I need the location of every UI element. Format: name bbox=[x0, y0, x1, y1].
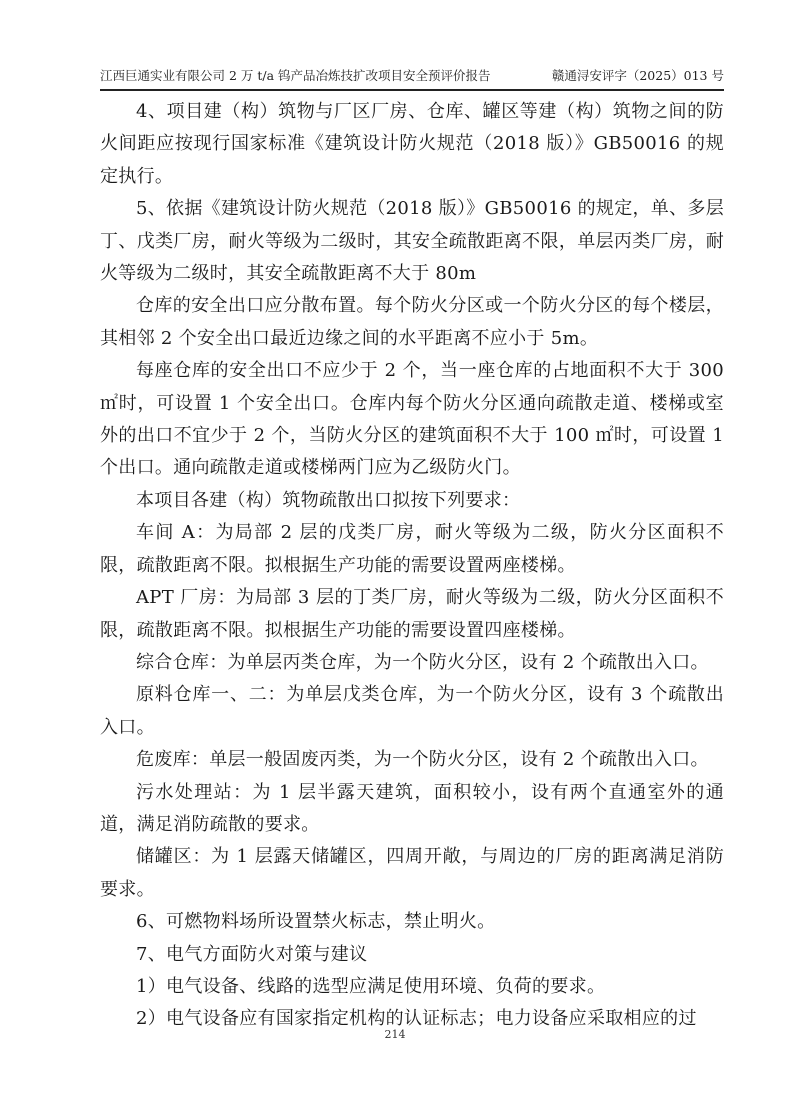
paragraph-electrical-heading: 7、电气方面防火对策与建议 bbox=[100, 939, 724, 971]
paragraph-apt-plant: APT 厂房：为局部 3 层的丁类厂房，耐火等级为二级，防火分区面积不限，疏散距… bbox=[100, 582, 724, 647]
paragraph-project-requirements: 本项目各建（构）筑物疏散出口拟按下列要求： bbox=[100, 485, 724, 517]
header-report-title: 江西巨通实业有限公司 2 万 t/a 钨产品冶炼技扩改项目安全预评价报告 bbox=[100, 66, 491, 84]
header-document-number: 赣通浔安评字（2025）013 号 bbox=[552, 66, 724, 84]
paragraph-warehouse-exits: 每座仓库的安全出口不应少于 2 个，当一座仓库的占地面积不大于 300 ㎡时，可… bbox=[100, 355, 724, 485]
paragraph-sewage-station: 污水处理站：为 1 层半露天建筑，面积较小，设有两个直通室外的通道，满足消防疏散… bbox=[100, 777, 724, 842]
paragraph-workshop-a: 车间 A：为局部 2 层的戊类厂房，耐火等级为二级，防火分区面积不限，疏散距离不… bbox=[100, 517, 724, 582]
paragraph-no-open-flame: 6、可燃物料场所设置禁火标志，禁止明火。 bbox=[100, 906, 724, 938]
paragraph-fire-spacing: 4、项目建（构）筑物与厂区厂房、仓库、罐区等建（构）筑物之间的防火间距应按现行国… bbox=[100, 96, 724, 193]
paragraph-evacuation-distance: 5、依据《建筑设计防火规范（2018 版）》GB50016 的规定，单、多层丁、… bbox=[100, 193, 724, 290]
paragraph-hazardous-waste-store: 危废库：单层一般固废丙类，为一个防火分区，设有 2 个疏散出入口。 bbox=[100, 744, 724, 776]
document-body: 4、项目建（构）筑物与厂区厂房、仓库、罐区等建（构）筑物之间的防火间距应按现行国… bbox=[100, 96, 724, 1036]
page-number: 214 bbox=[0, 1028, 790, 1041]
paragraph-exit-layout: 仓库的安全出口应分散布置。每个防火分区或一个防火分区的每个楼层，其相邻 2 个安… bbox=[100, 290, 724, 355]
paragraph-tank-area: 储罐区：为 1 层露天储罐区，四周开敞，与周边的厂房的距离满足消防要求。 bbox=[100, 841, 724, 906]
page-header: 江西巨通实业有限公司 2 万 t/a 钨产品冶炼技扩改项目安全预评价报告 赣通浔… bbox=[100, 66, 724, 84]
paragraph-general-warehouse: 综合仓库：为单层丙类仓库，为一个防火分区，设有 2 个疏散出入口。 bbox=[100, 647, 724, 679]
paragraph-electrical-item-1: 1）电气设备、线路的选型应满足使用环境、负荷的要求。 bbox=[100, 971, 724, 1003]
paragraph-raw-material-warehouse: 原料仓库一、二：为单层戊类仓库，为一个防火分区，设有 3 个疏散出入口。 bbox=[100, 679, 724, 744]
document-page: 江西巨通实业有限公司 2 万 t/a 钨产品冶炼技扩改项目安全预评价报告 赣通浔… bbox=[0, 0, 790, 1117]
header-divider bbox=[100, 89, 724, 91]
